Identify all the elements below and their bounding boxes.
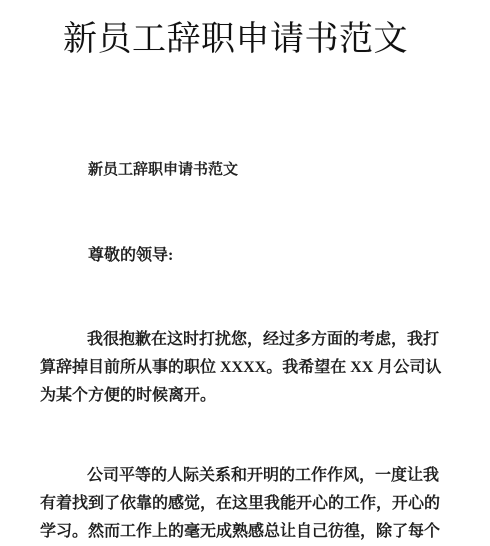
paragraph-1-line-3: 为某个方便的时候离开。: [40, 382, 460, 410]
paragraph-2-line-1: 公司平等的人际关系和开明的工作作风，一度让我: [40, 462, 460, 490]
paragraph-2-line-2: 有着找到了依靠的感觉，在这里我能开心的工作，开心的: [40, 490, 460, 518]
document-subtitle: 新员工辞职申请书范文: [88, 161, 238, 179]
paragraph-1-line-2: 算辞掉目前所从事的职位 XXXX。我希望在 XX 月公司认: [40, 354, 460, 382]
document-title: 新员工辞职申请书范文: [63, 21, 408, 58]
paragraph-2-line-3: 学习。然而工作上的毫无成熟感总让自己彷徨，除了每个: [40, 518, 460, 546]
salutation-line: 尊敬的领导:: [88, 246, 173, 265]
body-paragraph-1: 我很抱歉在这时打扰您，经过多方面的考虑，我打 算辞掉目前所从事的职位 XXXX。…: [40, 326, 460, 410]
paragraph-1-line-1: 我很抱歉在这时打扰您，经过多方面的考虑，我打: [40, 326, 460, 354]
body-paragraph-2: 公司平等的人际关系和开明的工作作风，一度让我 有着找到了依靠的感觉，在这里我能开…: [40, 462, 460, 546]
document-page: 新员工辞职申请书范文 新员工辞职申请书范文 尊敬的领导: 我很抱歉在这时打扰您，…: [0, 0, 490, 546]
